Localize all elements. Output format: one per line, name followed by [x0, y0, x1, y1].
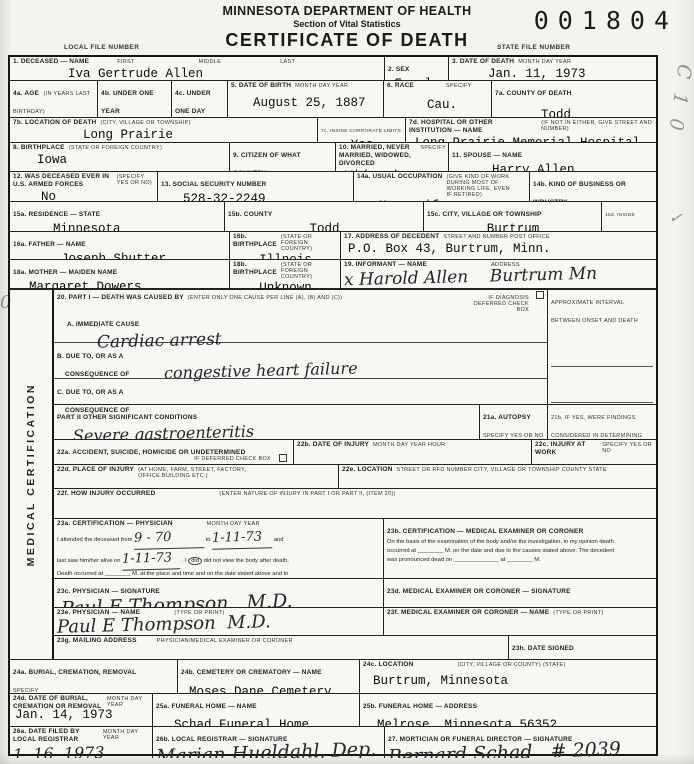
field-sublabel: (GIVE KIND OF WORK DURING MOST OF WORKIN…	[446, 174, 516, 198]
injury-row-2: 22d. PLACE OF INJURY (AT HOME, FARM, STR…	[54, 465, 656, 489]
field-armed-forces: 12. WAS DECEASED EVER IN U.S. ARMED FORC…	[10, 172, 158, 201]
cause-b-block: B. DUE TO, OR AS A CONSEQUENCE OF conges…	[54, 343, 547, 379]
residence-county-value: Todd	[228, 222, 421, 231]
field-sublabel: STREET AND NUMBER POST OFFICE	[443, 234, 550, 240]
injury-row-1: 22a. ACCIDENT, SUICIDE, HOMICIDE OR UNDE…	[54, 440, 656, 465]
field-label: 18b. BIRTHPLACE	[233, 261, 277, 277]
certificate-form: 1. DECEASED — NAME FIRST MIDDLE LAST Iva…	[8, 55, 658, 756]
field-label: 17. ADDRESS OF DECEDENT	[344, 233, 439, 241]
field-residence-corp-limits: 15d. INSIDE CORPORATE LIMITS Yes	[602, 202, 656, 231]
field-label: 6. RACE	[387, 82, 414, 90]
field-date-of-death: 3. DATE OF DEATH MONTH DAY YEAR Jan. 11,…	[449, 57, 656, 80]
field-label: 4a. AGE	[13, 90, 39, 97]
location-of-death-value: Long Prairie	[13, 128, 315, 142]
birthplace-value: Iowa	[13, 153, 227, 167]
cert-text: On the basis of the examination of the b…	[387, 539, 614, 545]
field-autopsy: 21a. AUTOPSY SPECIFY YES OR NO no	[480, 405, 548, 439]
interval-column: APPROXIMATE INTERVAL BETWEEN ONSET AND D…	[548, 290, 656, 404]
cert-text: . I	[182, 558, 187, 564]
field-label: 22f. HOW INJURY OCCURRED	[57, 490, 155, 498]
cert-text: Death occurred at ________ M. at the pla…	[57, 571, 288, 577]
field-certification-coroner: 23b. CERTIFICATION — MEDICAL EXAMINER OR…	[384, 519, 656, 578]
signature-row: 23c. PHYSICIAN — SIGNATURE Paul E Thomps…	[54, 579, 656, 608]
field-race: 6. RACE SPECIFY Cau.	[384, 81, 492, 117]
date-cols: MONTH DAY YEAR	[207, 521, 260, 527]
date-cols: MONTH DAY YEAR	[295, 83, 348, 89]
field-physician-name: 23e. PHYSICIAN — NAME (TYPE OR PRINT) Pa…	[54, 608, 384, 635]
interval-label: APPROXIMATE INTERVAL BETWEEN ONSET AND D…	[551, 300, 638, 324]
field-label: 14b. KIND OF BUSINESS OR INDUSTRY	[533, 181, 626, 201]
field-label: 25a. FUNERAL HOME — NAME	[156, 703, 257, 710]
address-value: P.O. Box 43, Burtrum, Minn.	[344, 242, 654, 256]
interval-line-b	[551, 367, 653, 403]
date-cols: MONTH DAY YEAR	[107, 696, 150, 708]
field-funeral-home: 25a. FUNERAL HOME — NAME Schad Funeral H…	[153, 694, 360, 726]
field-cemetery-location: 24c. LOCATION (CITY, VILLAGE OR COUNTY) …	[360, 660, 656, 693]
field-label: 2. SEX	[388, 66, 409, 73]
funeral-home-value: Schad Funeral Home	[156, 718, 357, 726]
deceased-name-value: Iva Gertrude Allen	[13, 67, 382, 80]
field-label: 13. SOCIAL SECURITY NUMBER	[161, 181, 266, 188]
cause-a-label: A. IMMEDIATE CAUSE	[57, 321, 139, 328]
burial-date-value: Jan. 14, 1973	[13, 708, 150, 722]
mother-name-value: Margaret Dowers	[13, 280, 227, 288]
did-circled: did	[188, 557, 202, 565]
field-father-birthplace: 16b. BIRTHPLACE (STATE OR FOREIGN COUNTR…	[230, 232, 341, 259]
field-citizen: 9. CITIZEN OF WHAT COUNTRY U.S.A.	[230, 143, 336, 171]
field-label: 24b. CEMETERY OR CREMATORY — NAME	[181, 669, 322, 676]
form-row: 8. BIRTHPLACE (STATE OR FOREIGN COUNTRY)…	[10, 143, 656, 172]
county-of-death-value: Todd	[495, 108, 654, 117]
corp-limits-death-value: Yes	[321, 138, 403, 142]
field-label: 23b. CERTIFICATION — MEDICAL EXAMINER OR…	[387, 528, 583, 535]
attended-to-value: 1-11-73	[212, 527, 273, 550]
field-label: 4b. UNDER ONE YEAR	[101, 90, 154, 115]
field-label: 12. WAS DECEASED EVER IN U.S. ARMED FORC…	[13, 173, 113, 189]
cause-c-label: C. DUE TO, OR AS A	[57, 389, 124, 396]
field-sublabel: (IF NOT IN EITHER, GIVE STREET AND NUMBE…	[541, 120, 654, 132]
cause-c-block: C. DUE TO, OR AS A CONSEQUENCE OF	[54, 379, 547, 404]
date-of-death-value: Jan. 11, 1973	[452, 67, 654, 80]
field-sex: 2. SEX Female	[385, 57, 449, 80]
field-label: 8. BIRTHPLACE	[13, 144, 65, 152]
field-sublabel: (TYPE OR PRINT)	[553, 610, 603, 616]
field-label: 4c. UNDER ONE DAY	[175, 90, 211, 115]
field-autopsy-findings: 21b. IF YES, WERE FINDINGS CONSIDERED IN…	[548, 405, 656, 439]
field-birthplace: 8. BIRTHPLACE (STATE OR FOREIGN COUNTRY)…	[10, 143, 230, 171]
date-cols: MONTH DAY YEAR	[103, 729, 150, 741]
date-filed-value: 1 16 1973	[13, 743, 105, 758]
form-row: 12. WAS DECEASED EVER IN U.S. ARMED FORC…	[10, 172, 656, 202]
field-under-one-day: 4c. UNDER ONE DAY HOURS MINUTES	[172, 81, 228, 117]
race-value: Cau.	[387, 98, 489, 112]
coroner-cert-text: On the basis of the examination of the b…	[387, 538, 654, 565]
field-mortician-signature: 27. MORTICIAN OR FUNERAL DIRECTOR — SIGN…	[385, 727, 656, 758]
field-label: 23a. CERTIFICATION — PHYSICIAN	[57, 520, 173, 528]
interval-line-a	[551, 327, 653, 367]
attended-from-value: 9 - 70	[134, 527, 205, 550]
form-row: 24a. BURIAL, CREMATION, REMOVAL SPECIFY …	[10, 660, 656, 694]
cause-b-sublabel: CONSEQUENCE OF	[57, 371, 130, 378]
date-cols: MONTH DAY YEAR	[518, 59, 571, 65]
form-row: 24d. DATE OF BURIAL, CREMATION OR REMOVA…	[10, 694, 656, 727]
field-sublabel: (AT HOME, FARM, STREET, FACTORY, OFFICE …	[138, 467, 268, 479]
field-sublabel: (STATE OR FOREIGN COUNTRY)	[69, 145, 162, 151]
field-sublabel: PHYSICIAN/MEDICAL EXAMINER OR CORONER	[157, 638, 293, 644]
field-accident: 22a. ACCIDENT, SUICIDE, HOMICIDE OR UNDE…	[54, 440, 294, 464]
field-label: 15c. CITY, VILLAGE OR TOWNSHIP	[427, 211, 542, 218]
field-part2-conditions: PART II OTHER SIGNIFICANT CONDITIONS Sev…	[54, 405, 480, 439]
field-funeral-home-address: 25b. FUNERAL HOME — ADDRESS Melrose, Min…	[360, 694, 656, 726]
field-residence-state: 15a. RESIDENCE — STATE Minnesota	[10, 202, 225, 231]
field-label: 22b. DATE OF INJURY	[297, 441, 369, 449]
residence-state-value: Minnesota	[13, 222, 222, 231]
field-certification-physician: 23a. CERTIFICATION — PHYSICIAN MONTH DAY…	[54, 519, 384, 578]
field-label: 23d. MEDICAL EXAMINER OR CORONER — SIGNA…	[387, 588, 571, 595]
part2-row: PART II OTHER SIGNIFICANT CONDITIONS Sev…	[54, 405, 656, 440]
cause-b-value: congestive heart failure	[164, 358, 358, 382]
field-residence-city: 15c. CITY, VILLAGE OR TOWNSHIP Burtrum	[424, 202, 602, 231]
mailing-row: 23g. MAILING ADDRESS PHYSICIAN/MEDICAL E…	[54, 636, 656, 659]
field-label: 23h. DATE SIGNED	[512, 645, 574, 652]
field-label: 9. CITIZEN OF WHAT COUNTRY	[233, 152, 301, 171]
form-row: 26a. DATE FILED BY LOCAL REGISTRAR MONTH…	[10, 727, 656, 758]
medical-certification-section: MEDICAL CERTIFICATION 20. PART I — DEATH…	[10, 289, 656, 660]
field-label: 16b. BIRTHPLACE	[233, 233, 277, 249]
form-row: 4a. AGE (IN YEARS LAST BIRTHDAY) 85 4b. …	[10, 81, 656, 118]
field-label: 23g. MAILING ADDRESS	[57, 637, 137, 645]
field-label: 22a. ACCIDENT, SUICIDE, HOMICIDE OR UNDE…	[57, 449, 246, 456]
armed-forces-value: No	[13, 190, 155, 201]
field-injury-at-work: 22c. INJURY AT WORK SPECIFY YES OR NO	[532, 440, 656, 464]
local-file-number-label: LOCAL FILE NUMBER	[64, 44, 139, 51]
state-file-number-label: STATE FILE NUMBER	[497, 44, 570, 51]
field-coroner-name: 23f. MEDICAL EXAMINER OR CORONER — NAME …	[384, 608, 656, 635]
field-burial: 24a. BURIAL, CREMATION, REMOVAL SPECIFY …	[10, 660, 178, 693]
field-sublabel: (CITY, VILLAGE OR COUNTY) (STATE)	[458, 662, 566, 668]
field-sublabel: (SPECIFY YES OR NO)	[117, 174, 155, 186]
field-label: 7a. COUNTY OF DEATH	[495, 90, 572, 97]
field-label: 10. MARRIED, NEVER MARRIED, WIDOWED, DIV…	[339, 144, 416, 168]
date-cols: MONTH DAY YEAR HOUR	[373, 442, 445, 448]
field-date-of-birth: 5. DATE OF BIRTH MONTH DAY YEAR August 2…	[228, 81, 384, 117]
cause-b-label: B. DUE TO, OR AS A	[57, 353, 124, 360]
field-label: 22c. INJURY AT WORK	[535, 441, 598, 457]
field-label: 5. DATE OF BIRTH	[231, 82, 291, 90]
field-sublabel: SPECIFY	[13, 688, 39, 693]
field-sublabel: (CITY, VILLAGE OR TOWNSHIP)	[100, 120, 190, 126]
field-coroner-signature: 23d. MEDICAL EXAMINER OR CORONER — SIGNA…	[384, 579, 656, 607]
field-corp-limits-death: 7c. INSIDE CORPORATE LIMITS Yes	[318, 118, 406, 142]
residence-city-value: Burtrum	[427, 222, 599, 231]
injury-row-3: 22f. HOW INJURY OCCURRED (ENTER NATURE O…	[54, 489, 656, 519]
field-label: 23f. MEDICAL EXAMINER OR CORONER — NAME	[387, 609, 549, 617]
field-industry: 14b. KIND OF BUSINESS OR INDUSTRY Domest…	[530, 172, 656, 201]
field-label: 7c. INSIDE CORPORATE LIMITS	[321, 129, 401, 134]
deferred-label: IF DIAGNOSIS DEFERRED CHECK BOX	[465, 295, 529, 313]
last-alive-value: 1-11-73	[122, 549, 181, 572]
form-row: 7b. LOCATION OF DEATH (CITY, VILLAGE OR …	[10, 118, 656, 143]
field-label: 15d. INSIDE CORPORATE LIMITS	[605, 213, 638, 231]
field-informant: 19. INFORMANT — NAME ADDRESS x Harold Al…	[341, 260, 656, 288]
cemetery-location-value: Burtrum, Minnesota	[363, 674, 654, 688]
part1-note: (ENTER ONLY ONE CAUSE PER LINE (A), (B) …	[188, 295, 342, 301]
field-label: 21b. IF YES, WERE FINDINGS CONSIDERED IN…	[551, 415, 642, 439]
col-first: FIRST	[117, 59, 134, 65]
certification-row: 23a. CERTIFICATION — PHYSICIAN MONTH DAY…	[54, 519, 656, 579]
deferred-label: IF DEFERRED CHECK BOX	[194, 456, 271, 462]
field-sublabel: (STATE OR FOREIGN COUNTRY)	[281, 262, 338, 280]
cause-a-block: 20. PART I — DEATH WAS CAUSED BY (ENTER …	[54, 290, 547, 343]
field-date-filed: 26a. DATE FILED BY LOCAL REGISTRAR MONTH…	[10, 727, 153, 758]
field-sublabel: STREET OR RFD NUMBER CITY, VILLAGE OR TO…	[397, 467, 607, 473]
field-label: 18a. MOTHER — MAIDEN NAME	[13, 269, 117, 276]
occupation-value: Housewife	[357, 199, 527, 201]
medical-content: 20. PART I — DEATH WAS CAUSED BY (ENTER …	[54, 290, 656, 659]
field-sublabel: (STATE OR FOREIGN COUNTRY)	[281, 234, 338, 252]
col-middle: MIDDLE	[199, 59, 222, 65]
cert-text: occurred at ________ M. on the date and …	[387, 548, 614, 554]
field-deceased-name: 1. DECEASED — NAME FIRST MIDDLE LAST Iva…	[10, 57, 385, 80]
cert-text: and	[274, 537, 284, 543]
field-label: 22d. PLACE OF INJURY	[57, 466, 134, 474]
funeral-home-address-value: Melrose, Minnesota 56352	[363, 718, 654, 726]
deferred-checkbox[interactable]	[536, 291, 544, 299]
margin-checkmark: ✓	[667, 207, 684, 228]
field-label: 7b. LOCATION OF DEATH	[13, 119, 96, 127]
field-burial-date: 24d. DATE OF BURIAL, CREMATION OR REMOVA…	[10, 694, 153, 726]
field-label: 1. DECEASED — NAME	[13, 58, 89, 66]
date-of-birth-value: August 25, 1887	[231, 96, 381, 110]
part1-row: 20. PART I — DEATH WAS CAUSED BY (ENTER …	[54, 290, 656, 405]
cemetery-value: Moses Dane Cemetery	[181, 685, 357, 693]
part2-value: Severe gastroenteritis	[73, 422, 254, 439]
field-label: 11. SPOUSE — NAME	[452, 152, 522, 159]
field-place-of-injury: 22d. PLACE OF INJURY (AT HOME, FARM, STR…	[54, 465, 339, 488]
field-age: 4a. AGE (IN YEARS LAST BIRTHDAY) 85	[10, 81, 98, 117]
field-label: 25b. FUNERAL HOME — ADDRESS	[363, 703, 477, 710]
deferred-checkbox[interactable]	[279, 454, 287, 462]
cert-text: I attended the deceased from	[57, 537, 132, 543]
field-how-injury-occurred: 22f. HOW INJURY OCCURRED (ENTER NATURE O…	[54, 489, 656, 518]
field-injury-date: 22b. DATE OF INJURY MONTH DAY YEAR HOUR	[294, 440, 532, 464]
marital-value: Widowed	[339, 169, 446, 171]
field-sublabel: SPECIFY YES OR NO	[602, 442, 654, 454]
field-marital-status: 10. MARRIED, NEVER MARRIED, WIDOWED, DIV…	[336, 143, 449, 171]
spouse-value: Harry Allen	[452, 163, 654, 171]
field-sublabel: (ENTER NATURE OF INJURY IN PART I OR PAR…	[219, 491, 395, 497]
field-label: 26a. DATE FILED BY LOCAL REGISTRAR	[13, 728, 99, 744]
field-injury-location: 22e. LOCATION STREET OR RFD NUMBER CITY,…	[339, 465, 656, 488]
field-label: 7d. HOSPITAL OR OTHER INSTITUTION — NAME	[409, 119, 537, 135]
part1-label: 20. PART I — DEATH WAS CAUSED BY	[57, 294, 184, 302]
field-label: 15b. COUNTY	[228, 211, 272, 218]
father-birthplace-value: Illnois	[233, 253, 338, 259]
ssn-value: 528-32-2249	[161, 192, 351, 201]
field-father-name: 16a. FATHER — NAME Joseph Shutter	[10, 232, 230, 259]
cert-text: last saw him/her alive on	[57, 558, 120, 564]
field-occupation: 14a. USUAL OCCUPATION (GIVE KIND OF WORK…	[354, 172, 530, 201]
form-row: 15a. RESIDENCE — STATE Minnesota 15b. CO…	[10, 202, 656, 232]
field-label: 23c. PHYSICIAN — SIGNATURE	[57, 588, 160, 595]
father-name-value: Joseph Shutter	[13, 252, 227, 259]
field-residence-county: 15b. COUNTY Todd	[225, 202, 424, 231]
sidebar-label: MEDICAL CERTIFICATION	[25, 383, 37, 566]
field-location-of-death: 7b. LOCATION OF DEATH (CITY, VILLAGE OR …	[10, 118, 318, 142]
field-label: 3. DATE OF DEATH	[452, 58, 514, 66]
field-county-of-death: 7a. COUNTY OF DEATH Todd	[492, 81, 656, 117]
cert-text: was pronounced dead on ______________ at…	[387, 557, 541, 563]
field-mailing-address: 23g. MAILING ADDRESS PHYSICIAN/MEDICAL E…	[54, 636, 509, 659]
field-label: 14a. USUAL OCCUPATION	[357, 173, 442, 181]
form-row: 1. DECEASED — NAME FIRST MIDDLE LAST Iva…	[10, 57, 656, 81]
form-row: 16a. FATHER — NAME Joseph Shutter 16b. B…	[10, 232, 656, 260]
medical-certification-sidebar: MEDICAL CERTIFICATION	[10, 290, 54, 659]
stamp-number: 001804	[534, 6, 678, 35]
field-label: 22e. LOCATION	[342, 466, 393, 474]
field-ssn: 13. SOCIAL SECURITY NUMBER 528-32-2249	[158, 172, 354, 201]
part1-causes: 20. PART I — DEATH WAS CAUSED BY (ENTER …	[54, 290, 548, 404]
field-physician-signature: 23c. PHYSICIAN — SIGNATURE Paul E Thomps…	[54, 579, 384, 607]
field-mother-name: 18a. MOTHER — MAIDEN NAME Margaret Dower…	[10, 260, 230, 288]
sex-value: Female	[388, 77, 446, 80]
field-sublabel: SPECIFY	[420, 145, 446, 151]
field-label: 21a. AUTOPSY	[483, 414, 531, 421]
hospital-value: Long Prairie Memorial Hospital	[409, 136, 654, 142]
field-under-one-year: 4b. UNDER ONE YEAR MONTHS DAYS	[98, 81, 172, 117]
name-print-row: 23e. PHYSICIAN — NAME (TYPE OR PRINT) Pa…	[54, 608, 656, 636]
field-label: 15a. RESIDENCE — STATE	[13, 211, 100, 218]
cert-text: to	[206, 537, 211, 543]
mother-birthplace-value: Unknown	[233, 281, 338, 288]
field-date-signed: 23h. DATE SIGNED MONTH DAY YEAR	[509, 636, 656, 659]
field-registrar-signature: 26b. LOCAL REGISTRAR — SIGNATURE Marian …	[153, 727, 385, 758]
field-label: 24c. LOCATION	[363, 661, 414, 669]
field-mother-birthplace: 18b. BIRTHPLACE (STATE OR FOREIGN COUNTR…	[230, 260, 341, 288]
col-last: LAST	[280, 59, 295, 65]
cert-text: did not view the body after death.	[204, 558, 289, 564]
field-spouse: 11. SPOUSE — NAME Harry Allen	[449, 143, 656, 171]
field-sublabel: SPECIFY	[446, 83, 472, 89]
part2-label: PART II OTHER SIGNIFICANT CONDITIONS	[57, 414, 197, 421]
field-label: 24a. BURIAL, CREMATION, REMOVAL	[13, 669, 136, 676]
field-address-of-decedent: 17. ADDRESS OF DECEDENT STREET AND NUMBE…	[341, 232, 656, 259]
field-sublabel: SPECIFY YES OR NO	[483, 433, 544, 439]
field-cemetery: 24b. CEMETERY OR CREMATORY — NAME Moses …	[178, 660, 360, 693]
physician-cert-text: I attended the deceased from 9 - 70 to 1…	[57, 528, 381, 578]
form-row: 18a. MOTHER — MAIDEN NAME Margaret Dower…	[10, 260, 656, 289]
margin-scribble: C10	[662, 63, 694, 146]
field-hospital: 7d. HOSPITAL OR OTHER INSTITUTION — NAME…	[406, 118, 656, 142]
field-label: 16a. FATHER — NAME	[13, 241, 86, 248]
